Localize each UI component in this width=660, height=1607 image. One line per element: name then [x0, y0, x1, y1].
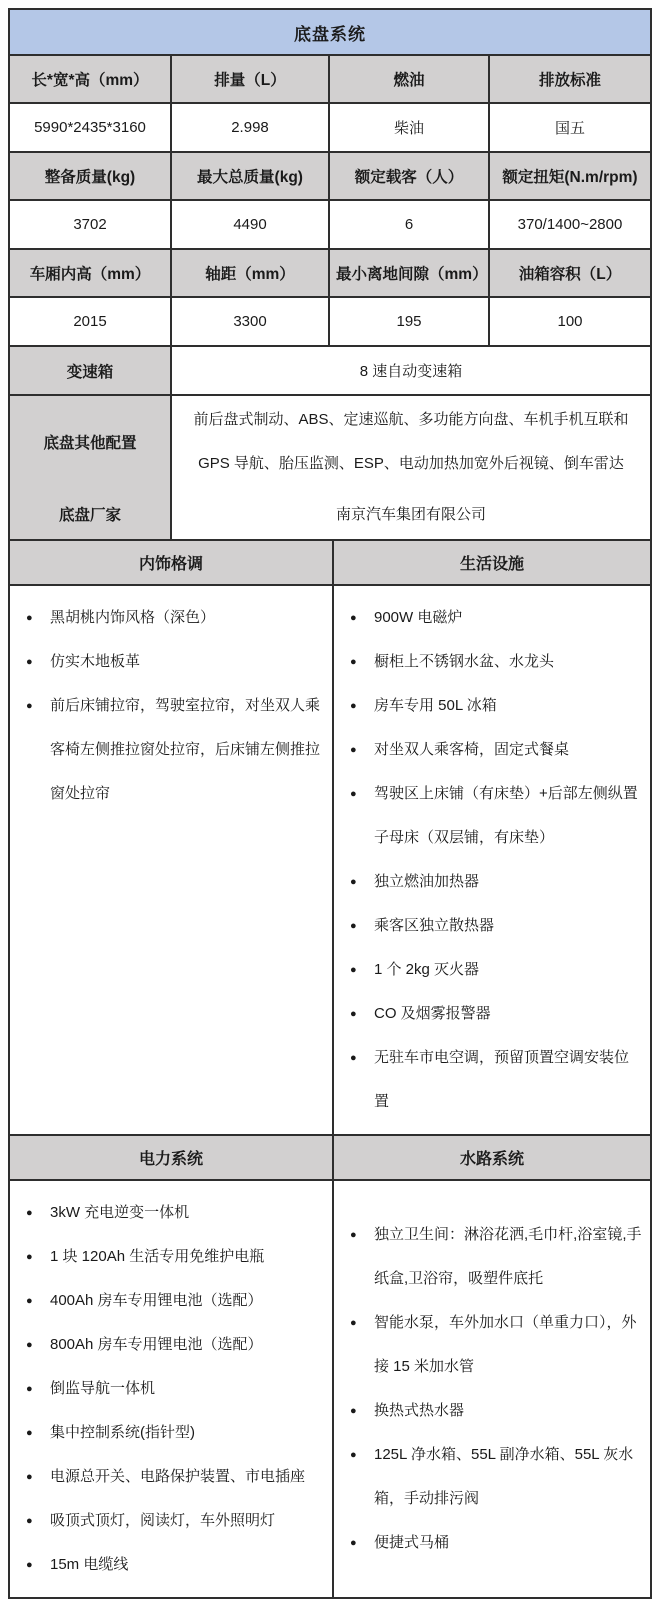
spec-header-emission-standard: 排放标准: [488, 56, 650, 102]
list-item: ●15m 电缆线: [10, 1543, 324, 1587]
bullet-icon: ●: [350, 1389, 357, 1433]
list-item: ●独立燃油加热器: [334, 860, 642, 904]
gearbox-row: 变速箱 8 速自动变速箱: [10, 345, 650, 394]
list-item: ●黑胡桃内饰风格（深色）: [10, 596, 324, 640]
bullet-icon: ●: [350, 596, 357, 640]
chassis-maker-row: 底盘厂家 南京汽车集团有限公司: [10, 486, 650, 539]
list-item-text: 房车专用 50L 冰箱: [374, 697, 497, 714]
bullet-icon: ●: [26, 596, 33, 640]
list-item: ●房车专用 50L 冰箱: [334, 684, 642, 728]
list-item: ●智能水泵，车外加水口（单重力口），外接 15 米加水管: [334, 1301, 642, 1389]
bullet-icon: ●: [350, 772, 357, 816]
gearbox-label: 变速箱: [10, 347, 170, 394]
spec-value-seating: 6: [328, 201, 488, 248]
spec-value-gross-weight: 4490: [170, 201, 328, 248]
list-item-text: 对坐双人乘客椅，固定式餐桌: [374, 741, 569, 758]
list-item-text: 仿实木地板革: [50, 653, 140, 670]
bullet-icon: ●: [350, 948, 357, 992]
electrical-system-list-cell: ●3kW 充电逆变一体机 ●1 块 120Ah 生活专用免维护电瓶 ●400Ah…: [10, 1181, 332, 1597]
spec-header-dimensions: 长*宽*高（mm）: [10, 56, 170, 102]
list-item-text: 125L 净水箱、55L 副净水箱、55L 灰水箱，手动排污阀: [374, 1446, 633, 1507]
list-item-text: 800Ah 房车专用锂电池（选配）: [50, 1336, 263, 1353]
bullet-icon: ●: [26, 684, 33, 728]
list-item: ●集中控制系统(指针型): [10, 1411, 324, 1455]
list-item-text: 换热式热水器: [374, 1402, 464, 1419]
list-item-text: 便捷式马桶: [374, 1534, 449, 1551]
list-item: ●800Ah 房车专用锂电池（选配）: [10, 1323, 324, 1367]
bullet-icon: ●: [350, 1213, 357, 1257]
spec-header-row: 整备质量(kg) 最大总质量(kg) 额定载客（人） 额定扭矩(N.m/rpm): [10, 151, 650, 199]
list-item-text: 独立燃油加热器: [374, 873, 479, 890]
list-item: ●无驻车市电空调，预留顶置空调安装位置: [334, 1036, 642, 1124]
interior-style-list: ●黑胡桃内饰风格（深色） ●仿实木地板革 ●前后床铺拉帘，驾驶室拉帘，对坐双人乘…: [10, 586, 332, 826]
interior-style-list-cell: ●黑胡桃内饰风格（深色） ●仿实木地板革 ●前后床铺拉帘，驾驶室拉帘，对坐双人乘…: [10, 586, 332, 1134]
list-item: ●900W 电磁炉: [334, 596, 642, 640]
list-item: ●电源总开关、电路保护装置、市电插座: [10, 1455, 324, 1499]
spec-value-emission-standard: 国五: [488, 104, 650, 151]
chassis-maker-value: 南京汽车集团有限公司: [170, 488, 650, 539]
list-item: ●倒监导航一体机: [10, 1367, 324, 1411]
spec-header-wheelbase: 轴距（mm）: [170, 250, 328, 296]
list-item: ●便捷式马桶: [334, 1521, 642, 1565]
section-header-row: 内饰格调 生活设施: [10, 539, 650, 584]
list-item-text: 黑胡桃内饰风格（深色）: [50, 609, 215, 626]
bullet-icon: ●: [350, 728, 357, 772]
bullet-icon: ●: [350, 684, 357, 728]
table-title: 底盘系统: [10, 10, 650, 54]
spec-header-displacement: 排量（L）: [170, 56, 328, 102]
section-header-row: 电力系统 水路系统: [10, 1134, 650, 1179]
list-item: ●仿实木地板革: [10, 640, 324, 684]
list-item-text: 电源总开关、电路保护装置、市电插座: [50, 1468, 305, 1485]
section-body-row: ●3kW 充电逆变一体机 ●1 块 120Ah 生活专用免维护电瓶 ●400Ah…: [10, 1179, 650, 1597]
section-body-row: ●黑胡桃内饰风格（深色） ●仿实木地板革 ●前后床铺拉帘，驾驶室拉帘，对坐双人乘…: [10, 584, 650, 1134]
spec-value-dimensions: 5990*2435*3160: [10, 104, 170, 151]
spec-header-row: 长*宽*高（mm） 排量（L） 燃油 排放标准: [10, 54, 650, 102]
list-item-text: 1 个 2kg 灭火器: [374, 961, 479, 978]
bullet-icon: ●: [350, 1521, 357, 1565]
spec-value-row: 3702 4490 6 370/1400~2800: [10, 199, 650, 248]
bullet-icon: ●: [350, 860, 357, 904]
list-item: ●1 块 120Ah 生活专用免维护电瓶: [10, 1235, 324, 1279]
list-item-text: 乘客区独立散热器: [374, 917, 494, 934]
bullet-icon: ●: [350, 640, 357, 684]
living-facilities-list: ●900W 电磁炉 ●橱柜上不锈钢水盆、水龙头 ●房车专用 50L 冰箱 ●对坐…: [334, 586, 650, 1134]
list-item: ●CO 及烟雾报警器: [334, 992, 642, 1036]
spec-value-fuel-tank: 100: [488, 298, 650, 345]
water-system-list: ●独立卫生间：淋浴花洒,毛巾杆,浴室镜,手纸盒,卫浴帘，吸塑件底托 ●智能水泵，…: [334, 1203, 650, 1575]
chassis-extra-row: 底盘其他配置 前后盘式制动、ABS、定速巡航、多功能方向盘、车机手机互联和 GP…: [10, 394, 650, 486]
spec-header-torque: 额定扭矩(N.m/rpm): [488, 153, 650, 199]
chassis-spec-table: 底盘系统 长*宽*高（mm） 排量（L） 燃油 排放标准 5990*2435*3…: [8, 8, 652, 1599]
list-item-text: 1 块 120Ah 生活专用免维护电瓶: [50, 1248, 264, 1265]
list-item: ●1 个 2kg 灭火器: [334, 948, 642, 992]
spec-value-interior-height: 2015: [10, 298, 170, 345]
spec-header-fuel-tank: 油箱容积（L）: [488, 250, 650, 296]
list-item-text: 集中控制系统(指针型): [50, 1424, 195, 1441]
list-item-text: 橱柜上不锈钢水盆、水龙头: [374, 653, 554, 670]
spec-header-gross-weight: 最大总质量(kg): [170, 153, 328, 199]
list-item-text: 前后床铺拉帘，驾驶室拉帘，对坐双人乘客椅左侧推拉窗处拉帘，后床铺左侧推拉窗处拉帘: [50, 697, 320, 802]
bullet-icon: ●: [350, 1433, 357, 1477]
spec-value-row: 5990*2435*3160 2.998 柴油 国五: [10, 102, 650, 151]
list-item: ●对坐双人乘客椅，固定式餐桌: [334, 728, 642, 772]
list-item: ●125L 净水箱、55L 副净水箱、55L 灰水箱，手动排污阀: [334, 1433, 642, 1521]
electrical-system-list: ●3kW 充电逆变一体机 ●1 块 120Ah 生活专用免维护电瓶 ●400Ah…: [10, 1181, 332, 1597]
bullet-icon: ●: [26, 1499, 33, 1543]
living-facilities-list-cell: ●900W 电磁炉 ●橱柜上不锈钢水盆、水龙头 ●房车专用 50L 冰箱 ●对坐…: [332, 586, 650, 1134]
list-item: ●400Ah 房车专用锂电池（选配）: [10, 1279, 324, 1323]
bullet-icon: ●: [350, 992, 357, 1036]
chassis-extra-label: 底盘其他配置: [10, 396, 170, 488]
spec-value-displacement: 2.998: [170, 104, 328, 151]
table-title-row: 底盘系统: [10, 10, 650, 54]
spec-header-seating: 额定载客（人）: [328, 153, 488, 199]
chassis-extra-value: 前后盘式制动、ABS、定速巡航、多功能方向盘、车机手机互联和 GPS 导航、胎压…: [170, 396, 650, 488]
spec-header-row: 车厢内高（mm） 轴距（mm） 最小离地间隙（mm） 油箱容积（L）: [10, 248, 650, 296]
bullet-icon: ●: [26, 1191, 33, 1235]
spec-header-ground-clearance: 最小离地间隙（mm）: [328, 250, 488, 296]
list-item: ●乘客区独立散热器: [334, 904, 642, 948]
list-item-text: 3kW 充电逆变一体机: [50, 1204, 189, 1221]
bullet-icon: ●: [350, 1301, 357, 1345]
list-item-text: 900W 电磁炉: [374, 609, 462, 626]
section-title-water-system: 水路系统: [332, 1136, 650, 1179]
spec-value-torque: 370/1400~2800: [488, 201, 650, 248]
list-item: ●吸顶式顶灯，阅读灯，车外照明灯: [10, 1499, 324, 1543]
list-item-text: 15m 电缆线: [50, 1556, 128, 1573]
bullet-icon: ●: [350, 1036, 357, 1080]
list-item-text: 400Ah 房车专用锂电池（选配）: [50, 1292, 263, 1309]
bullet-icon: ●: [26, 1411, 33, 1455]
bullet-icon: ●: [26, 1323, 33, 1367]
bullet-icon: ●: [350, 904, 357, 948]
spec-value-row: 2015 3300 195 100: [10, 296, 650, 345]
spec-value-fuel: 柴油: [328, 104, 488, 151]
spec-value-wheelbase: 3300: [170, 298, 328, 345]
bullet-icon: ●: [26, 1543, 33, 1587]
spec-value-ground-clearance: 195: [328, 298, 488, 345]
list-item: ●换热式热水器: [334, 1389, 642, 1433]
list-item: ●前后床铺拉帘，驾驶室拉帘，对坐双人乘客椅左侧推拉窗处拉帘，后床铺左侧推拉窗处拉…: [10, 684, 324, 816]
chassis-maker-label: 底盘厂家: [10, 488, 170, 539]
bullet-icon: ●: [26, 1455, 33, 1499]
spec-header-curb-weight: 整备质量(kg): [10, 153, 170, 199]
spec-value-curb-weight: 3702: [10, 201, 170, 248]
list-item: ●独立卫生间：淋浴花洒,毛巾杆,浴室镜,手纸盒,卫浴帘，吸塑件底托: [334, 1213, 642, 1301]
list-item: ●驾驶区上床铺（有床垫）+后部左侧纵置子母床（双层铺，有床垫）: [334, 772, 642, 860]
list-item-text: 无驻车市电空调，预留顶置空调安装位置: [374, 1049, 629, 1110]
list-item-text: 吸顶式顶灯，阅读灯，车外照明灯: [50, 1512, 275, 1529]
bullet-icon: ●: [26, 1235, 33, 1279]
list-item-text: 智能水泵，车外加水口（单重力口），外接 15 米加水管: [374, 1314, 637, 1375]
list-item-text: 倒监导航一体机: [50, 1380, 155, 1397]
section-title-electrical-system: 电力系统: [10, 1136, 332, 1179]
list-item-text: CO 及烟雾报警器: [374, 1005, 491, 1022]
section-title-living-facilities: 生活设施: [332, 541, 650, 584]
water-system-list-cell: ●独立卫生间：淋浴花洒,毛巾杆,浴室镜,手纸盒,卫浴帘，吸塑件底托 ●智能水泵，…: [332, 1181, 650, 1597]
list-item-text: 独立卫生间：淋浴花洒,毛巾杆,浴室镜,手纸盒,卫浴帘，吸塑件底托: [374, 1226, 642, 1287]
spec-header-interior-height: 车厢内高（mm）: [10, 250, 170, 296]
list-item: ●3kW 充电逆变一体机: [10, 1191, 324, 1235]
bullet-icon: ●: [26, 1279, 33, 1323]
bullet-icon: ●: [26, 640, 33, 684]
gearbox-value: 8 速自动变速箱: [170, 347, 650, 394]
spec-header-fuel: 燃油: [328, 56, 488, 102]
spec-sheet-page: 底盘系统 长*宽*高（mm） 排量（L） 燃油 排放标准 5990*2435*3…: [0, 0, 660, 1607]
section-title-interior-style: 内饰格调: [10, 541, 332, 584]
bullet-icon: ●: [26, 1367, 33, 1411]
list-item-text: 驾驶区上床铺（有床垫）+后部左侧纵置子母床（双层铺，有床垫）: [374, 785, 638, 846]
list-item: ●橱柜上不锈钢水盆、水龙头: [334, 640, 642, 684]
